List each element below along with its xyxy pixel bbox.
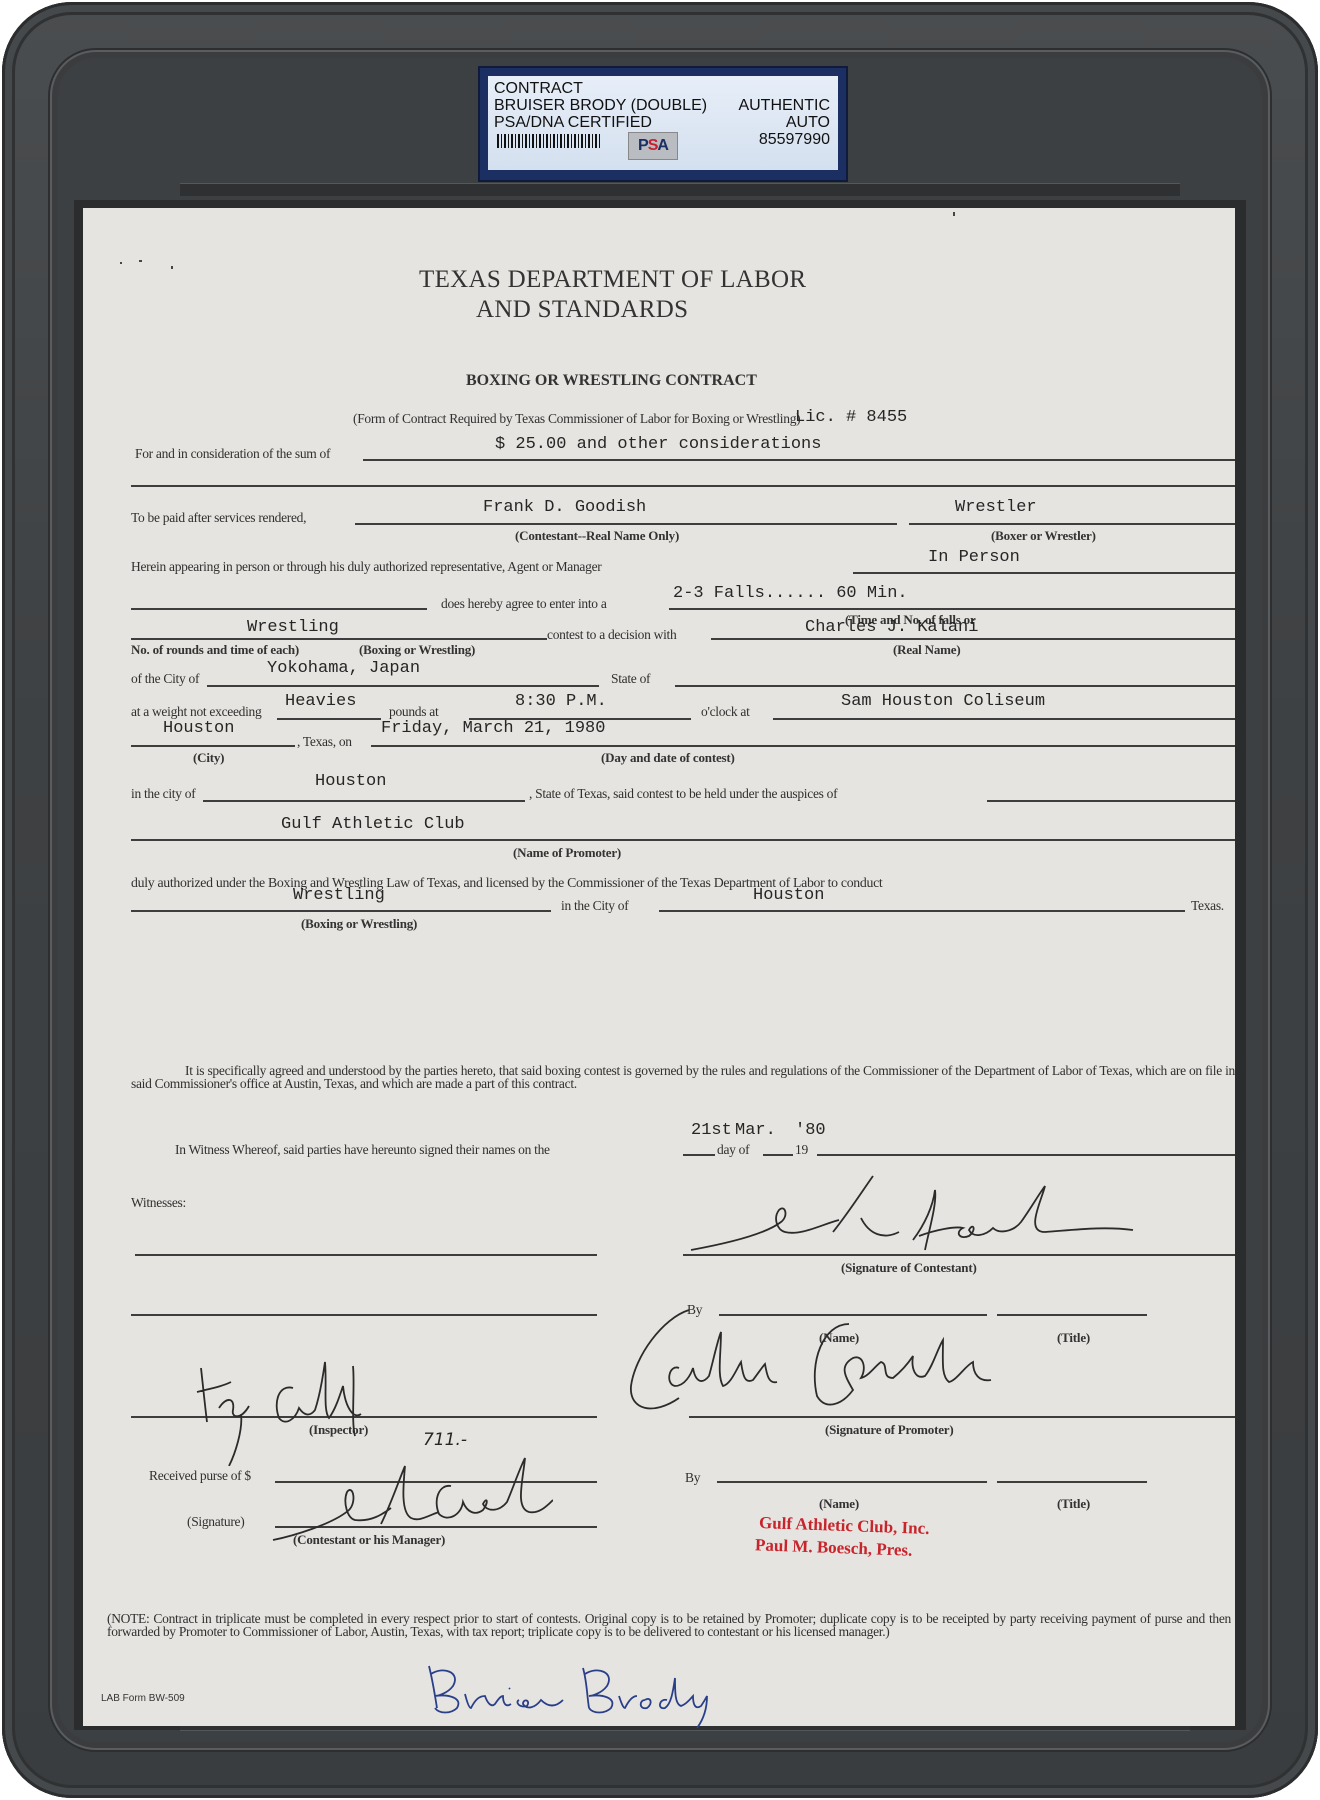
- bruiser-brody-autograph-icon: [423, 1660, 723, 1730]
- label-pounds-at: pounds at: [389, 704, 438, 720]
- line-city: [131, 745, 295, 747]
- line-conduct-city: [659, 910, 1185, 912]
- line-promoter: [131, 839, 1235, 841]
- document-subtitle: BOXING OR WRESTLING CONTRACT: [466, 372, 757, 390]
- caption-rounds: No. of rounds and time of each): [131, 642, 299, 658]
- line-witness-2: [131, 1314, 597, 1316]
- label-certified: PSA/DNA CERTIFIED: [494, 114, 652, 131]
- label-item-type: CONTRACT: [494, 80, 583, 97]
- line-year: [817, 1154, 1235, 1156]
- line-state-of: [675, 685, 1235, 687]
- promoter-stamp-line1: Gulf Athletic Club, Inc.: [759, 1513, 930, 1539]
- caption-name-2: (Name): [819, 1496, 859, 1512]
- field-time: 8:30 P.M.: [515, 692, 607, 711]
- line-contestant: [355, 523, 897, 525]
- label-received-purse: Received purse of $: [149, 1468, 251, 1484]
- label-nineteen: 19: [795, 1142, 808, 1158]
- label-decision-with: contest to a decision with: [547, 627, 676, 643]
- purse-receipt-signature-icon: [263, 1440, 553, 1550]
- label-signature: (Signature): [187, 1514, 244, 1530]
- caption-promoter: (Name of Promoter): [513, 845, 621, 861]
- line-witness-1: [135, 1254, 597, 1256]
- label-paid-after: To be paid after services rendered,: [131, 510, 306, 526]
- label-agree: does hereby agree to enter into a: [441, 596, 607, 612]
- field-city: Houston: [163, 719, 234, 738]
- line-rounds: [131, 638, 547, 640]
- promoter-signature-icon: [613, 1306, 1013, 1436]
- document-title-line1: TEXAS DEPARTMENT OF LABOR: [419, 266, 806, 294]
- line-date: [371, 745, 1235, 747]
- line-by-name-2: [717, 1481, 987, 1483]
- field-weight: Heavies: [285, 692, 356, 711]
- line-falls: [669, 608, 1235, 610]
- line-weight: [277, 718, 381, 720]
- document-title-line2: AND STANDARDS: [476, 296, 688, 324]
- label-day-of: day of: [717, 1142, 749, 1158]
- label-witnesses: Witnesses:: [131, 1195, 186, 1211]
- caption-title-2: (Title): [1057, 1496, 1090, 1512]
- contract-document: TEXAS DEPARTMENT OF LABOR AND STANDARDS …: [83, 208, 1235, 1726]
- line-month: [763, 1154, 793, 1156]
- caption-real-name: (Real Name): [893, 642, 960, 658]
- field-boxer-or-wrestler: Wrestler: [955, 498, 1037, 517]
- label-grade-authentic: AUTHENTIC: [738, 97, 830, 114]
- field-conduct-city: Houston: [753, 886, 824, 905]
- promoter-stamp-line2: Paul M. Boesch, Pres.: [755, 1535, 913, 1560]
- line-day: [683, 1154, 715, 1156]
- caption-boxing-wrestling-2: (Boxing or Wrestling): [301, 916, 417, 932]
- field-contestant-name: Frank D. Goodish: [483, 498, 646, 517]
- label-in-city-of: in the city of: [131, 786, 195, 802]
- field-signed-year: '80: [795, 1121, 826, 1140]
- paper-mark: [139, 260, 142, 262]
- field-signed-day: 21st: [691, 1121, 732, 1140]
- field-contest-type: Wrestling: [247, 618, 339, 637]
- field-held-city: Houston: [315, 772, 386, 791]
- field-date: Friday, March 21, 1980: [381, 719, 605, 738]
- psa-logo-icon: PSA: [628, 132, 678, 160]
- line-conduct-type: [131, 910, 551, 912]
- license-number: Lic. # 8455: [795, 408, 907, 427]
- label-state-of: State of: [611, 671, 650, 687]
- agreement-paragraph: It is specifically agreed and understood…: [131, 1064, 1235, 1090]
- slab-top-rail: [180, 183, 1180, 196]
- paper-mark: [120, 262, 122, 264]
- label-face: CONTRACT BRUISER BRODY (DOUBLE) PSA/DNA …: [488, 76, 838, 170]
- barcode-icon: [497, 134, 601, 148]
- paper-mark: [171, 266, 173, 269]
- label-texas-on: , Texas, on: [297, 734, 352, 750]
- label-cert-number: 85597990: [759, 131, 830, 148]
- caption-day-date: (Day and date of contest): [601, 750, 735, 766]
- line-by-title-1: [997, 1314, 1147, 1316]
- line-sum-continued: [131, 485, 1235, 487]
- paper-mark: [953, 212, 955, 216]
- label-auspices: , State of Texas, said contest to be hel…: [529, 786, 837, 802]
- triplicate-note: (NOTE: Contract in triplicate must be co…: [107, 1612, 1231, 1638]
- field-venue: Sam Houston Coliseum: [841, 692, 1045, 711]
- caption-contestant: (Contestant--Real Name Only): [515, 528, 679, 544]
- line-agree-left: [131, 608, 427, 610]
- line-boxer-wrestler: [909, 523, 1235, 525]
- line-held-city: [203, 800, 525, 802]
- field-representative: In Person: [928, 548, 1020, 567]
- field-opponent: Charles J. Kalani: [805, 618, 978, 637]
- field-city-of: Yokohama, Japan: [267, 659, 420, 678]
- form-number: LAB Form BW-509: [101, 1693, 185, 1704]
- label-of-city: of the City of: [131, 671, 199, 687]
- field-sum: $ 25.00 and other considerations: [495, 435, 821, 454]
- caption-boxer-wrestler: (Boxer or Wrestler): [991, 528, 1096, 544]
- label-oclock-at: o'clock at: [701, 704, 750, 720]
- line-venue: [773, 718, 1235, 720]
- line-auspices: [987, 800, 1235, 802]
- line-representative: [853, 572, 1235, 574]
- form-note: (Form of Contract Required by Texas Comm…: [353, 411, 800, 427]
- caption-city: (City): [193, 750, 224, 766]
- contestant-signature-icon: [673, 1170, 1143, 1266]
- label-appearing: Herein appearing in person or through hi…: [131, 559, 601, 575]
- label-grade-auto: AUTO: [786, 114, 830, 131]
- line-city-of: [207, 685, 599, 687]
- label-texas-end: Texas.: [1191, 898, 1224, 914]
- field-signed-month: Mar.: [735, 1121, 776, 1140]
- label-subject: BRUISER BRODY (DOUBLE): [494, 97, 707, 114]
- line-opponent: [711, 638, 1235, 640]
- field-promoter: Gulf Athletic Club: [281, 815, 465, 834]
- label-weight: at a weight not exceeding: [131, 704, 261, 720]
- field-falls-time: 2-3 Falls...... 60 Min.: [673, 584, 908, 603]
- line-sum: [363, 459, 1235, 461]
- caption-boxing-wrestling: (Boxing or Wrestling): [359, 642, 475, 658]
- caption-title-1: (Title): [1057, 1330, 1090, 1346]
- line-by-title-2: [997, 1481, 1147, 1483]
- label-by-2: By: [685, 1470, 700, 1486]
- label-consideration: For and in consideration of the sum of: [135, 446, 330, 462]
- label-witness-whereof: In Witness Whereof, said parties have he…: [175, 1142, 550, 1158]
- field-conduct-type: Wrestling: [293, 886, 385, 905]
- psa-certification-label: CONTRACT BRUISER BRODY (DOUBLE) PSA/DNA …: [478, 66, 848, 182]
- label-in-city-of-2: in the City of: [561, 898, 628, 914]
